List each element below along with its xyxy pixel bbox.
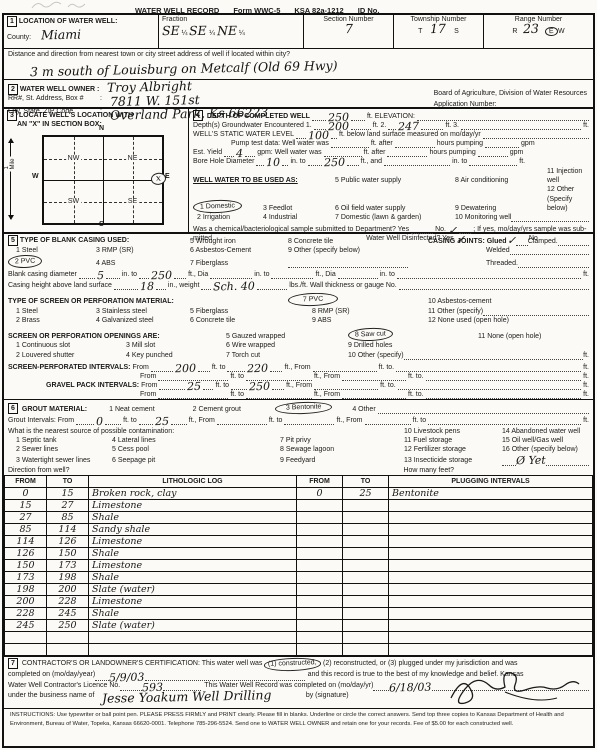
grout-option: 4 Other (352, 406, 375, 414)
contamination-question: What is the nearest source of possible c… (8, 427, 404, 436)
one-mile-label: 1 Mile (4, 157, 16, 172)
casing-option: 1 Steel (8, 246, 96, 255)
water-well-record-form: WATER WELL RECORD Form WWC-5 KSA 82a-121… (0, 0, 597, 750)
log-header: TO (343, 475, 389, 487)
screen-interval-from: 200 (175, 363, 196, 374)
log-row: 015Broken rock, clay025Bentonite (5, 487, 593, 499)
plugging-cell (389, 499, 593, 511)
section-number-cell: Section Number 7 (304, 15, 394, 48)
plugging-cell (389, 631, 593, 643)
plugging-cell (389, 511, 593, 523)
log-row: 85114Sandy shale (5, 523, 593, 535)
dash-v1 (74, 137, 75, 223)
use-option: 8 Air conditioning (455, 176, 547, 185)
board-label: Board of Agriculture, Division of Water … (434, 89, 587, 100)
contamination-option: 4 Lateral lines (112, 436, 280, 445)
ft-label: ft. (583, 391, 589, 399)
pencil-scribble (28, 0, 98, 12)
casing-pvc-circled: 2 PVC (8, 255, 43, 269)
log-table-body: 015Broken rock, clay025Bentonite1527Lime… (5, 487, 593, 655)
contamination-option: 6 Seepage pit (112, 456, 280, 465)
dia-label: ft., Dia (188, 271, 208, 279)
litho-cell: 198 (47, 571, 89, 583)
yield-label: Est. Yield (193, 149, 222, 157)
log-header: TO (47, 475, 89, 487)
gravel-intervals-label: GRAVEL PACK INTERVALS: (46, 382, 139, 390)
section-box-diagram: NW NE SW SE x (42, 135, 164, 225)
dash-v2 (133, 137, 134, 223)
litho-cell: 15 (5, 499, 47, 511)
in-to: in. to (380, 271, 395, 279)
constructed-circled: (1) constructed, (264, 657, 321, 671)
casing-option: 4 ABS (96, 259, 190, 268)
log-header: FROM (5, 475, 47, 487)
welded-label: Welded (486, 246, 510, 255)
litho-cell: 27 (47, 499, 89, 511)
plugging-cell (343, 535, 389, 547)
use-option: 11 Injection well (547, 167, 589, 185)
plugging-cell (389, 571, 593, 583)
plugging-cell (343, 571, 389, 583)
in-to: in. to (452, 158, 467, 166)
log-row: 200228Limestone (5, 595, 593, 607)
saw-cut-circled: 8 Saw cut (348, 327, 393, 342)
bore-depth-value: 250 (324, 157, 345, 168)
log-row: 114126Limestone (5, 535, 593, 547)
static-level-label: WELL'S STATIC WATER LEVEL (193, 131, 294, 139)
in-to: in. to (254, 271, 269, 279)
groundwater-label: Depth(s) Groundwater Encountered (193, 122, 304, 130)
gpm-label: gpm (510, 149, 524, 157)
plugging-cell (297, 619, 343, 631)
litho-cell: Slate (water) (89, 583, 297, 595)
clamped-label: Clamped. (528, 237, 558, 246)
screen-option: 6 Concrete tile (190, 316, 288, 325)
plugging-cell (297, 559, 343, 571)
plugging-cell (297, 595, 343, 607)
litho-cell: 173 (47, 559, 89, 571)
certification-section: 7 CONTRACTOR'S OR LANDOWNER'S CERTIFICAT… (4, 657, 593, 709)
litho-cell: 126 (5, 547, 47, 559)
contamination-option: 5 Cess pool (112, 445, 280, 454)
casing-option: 8 Concrete tile (288, 237, 428, 246)
ft-label: ft. (583, 382, 589, 390)
ft-to: ft. to (269, 417, 283, 425)
plugging-cell (343, 499, 389, 511)
contamination-option: 12 Fertilizer storage (404, 445, 502, 454)
county-label: County: (7, 34, 31, 41)
casing-joints-label: CASING JOINTS: Glued (428, 237, 507, 246)
opening-option: 11 None (open hole) (464, 332, 589, 341)
casing-option: 9 Other (specify below) (288, 246, 428, 255)
locate-title-2: AN "X" IN SECTION BOX: (7, 121, 185, 128)
litho-cell: 200 (47, 583, 89, 595)
litho-cell: 245 (47, 607, 89, 619)
plugging-cell (389, 643, 593, 655)
casing-depth-value: 250 (151, 270, 172, 281)
ft-to: ft. to. (408, 373, 424, 381)
ft-from: ft., From (284, 364, 310, 372)
contamination-option: 13 Insecticide storage (404, 456, 502, 465)
quadrant-sw: SW (66, 198, 81, 205)
in-to: in. to (122, 271, 137, 279)
groundwater-1-value: 200 (328, 121, 349, 132)
litho-cell: Shale (89, 607, 297, 619)
litho-cell: 228 (47, 595, 89, 607)
plugging-cell (389, 607, 593, 619)
bore-and: ft., and (361, 158, 382, 166)
plugging-cell (343, 583, 389, 595)
litho-cell: Limestone (89, 595, 297, 607)
business-name-value: Jesse Yoakum Well Drilling (102, 689, 272, 705)
record-date-value: 6/18/03 (389, 682, 432, 694)
screen-option: 10 Asbestos-cement (428, 297, 589, 306)
ft-label: ft. (583, 364, 589, 372)
log-row: 173198Shale (5, 571, 593, 583)
county-value: Miami (41, 29, 81, 42)
static-level-value: 100 (308, 130, 329, 141)
use-option: 12 Other (Specify below) (547, 185, 589, 213)
instructions-line-2: Environment, Bureau of Water, Topeka, Ka… (10, 720, 587, 729)
plugging-cell (297, 499, 343, 511)
litho-cell (47, 643, 89, 655)
use-domestic-circled: 1 Domestic (193, 199, 242, 214)
after-label: ft. after (364, 149, 386, 157)
ft-from: ft., From (336, 417, 362, 425)
after-label: ft. after (371, 140, 393, 148)
screen-material-title: TYPE OF SCREEN OR PERFORATION MATERIAL: (8, 297, 288, 306)
bore-diameter-value: 10 (266, 157, 280, 168)
contamination-option: 7 Pit privy (280, 436, 404, 445)
litho-cell: 0 (5, 487, 47, 499)
weight-value: Sch. 40 (213, 281, 255, 293)
plugging-cell: 0 (297, 487, 343, 499)
screen-option: 2 Brass (8, 316, 96, 325)
distance-row: Distance and direction from nearest town… (4, 49, 593, 80)
log-row: 198200Slate (water) (5, 583, 593, 595)
section-1-number: 1 (7, 16, 17, 27)
distance-value: 3 m south of Louisburg on Metcalf (Old 6… (30, 60, 338, 79)
log-row: 150173Limestone (5, 559, 593, 571)
screen-option: 4 Galvanized steel (96, 316, 190, 325)
litho-cell: Sandy shale (89, 523, 297, 535)
plugging-cell (343, 607, 389, 619)
plugging-cell (297, 643, 343, 655)
opening-option: 3 Mill slot (108, 341, 226, 350)
location-title: LOCATION OF WATER WELL: (19, 18, 118, 25)
dir-north: N (99, 125, 104, 132)
opening-option: 7 Torch cut (226, 351, 348, 360)
owner-title: WATER WELL OWNER : (20, 86, 99, 93)
township-value: 17 (430, 23, 446, 36)
screen-option: 3 Stainless steel (96, 307, 190, 316)
threaded-label: Threaded. (486, 259, 518, 268)
use-option: 9 Dewatering (455, 204, 547, 213)
lithologic-log: FROM TO LITHOLOGIC LOG FROM TO PLUGGING … (4, 475, 593, 657)
fraction-3: NE (217, 25, 237, 38)
plugging-cell (297, 631, 343, 643)
completed-date-value: 5/9/03 (109, 671, 145, 683)
ft-to: ft. to (230, 391, 244, 399)
fraction-cell: Fraction SE ¼ SE ¼ NE ¼ (159, 15, 304, 48)
litho-cell: Broken rock, clay (89, 487, 297, 499)
log-row: 2785Shale (5, 511, 593, 523)
ft-from: ft., From (286, 382, 312, 390)
quadrant-ne: NE (126, 155, 140, 162)
depth-panel: 4 DEPTH OF COMPLETED WELL 250 ft. ELEVAT… (189, 109, 593, 232)
litho-cell: Slate (water) (89, 619, 297, 631)
plugging-cell (389, 547, 593, 559)
certification-text-1: CONTRACTOR'S OR LANDOWNER'S CERTIFICATIO… (22, 660, 263, 667)
gw3: ft. 3. (445, 122, 459, 130)
ft-label: ft. (583, 351, 589, 360)
locate-title-1: LOCATE WELL'S LOCATION WITH (19, 112, 133, 119)
ft-to: ft. to (413, 417, 427, 425)
log-row: 1527Limestone (5, 499, 593, 511)
bentonite-circled: 3 Bentonite (275, 401, 333, 415)
quarter-glyph: ¼ (182, 30, 188, 37)
use-option: 5 Public water supply (335, 176, 455, 185)
plugging-cell (343, 511, 389, 523)
ft-to: ft. to (215, 382, 229, 390)
use-title: WELL WATER TO BE USED AS: (193, 176, 335, 185)
board-column: Board of Agriculture, Division of Water … (434, 89, 587, 110)
use-option: 3 Feedlot (263, 204, 335, 213)
plugging-cell (343, 619, 389, 631)
signature (445, 672, 585, 706)
hours-label: hours pumping (437, 140, 483, 148)
litho-cell: 150 (5, 559, 47, 571)
grout-option: 1 Neat cement (109, 406, 155, 414)
plugging-cell (389, 595, 593, 607)
dash-h1 (44, 159, 162, 160)
litho-cell: Limestone (89, 559, 297, 571)
ft-from: ft., From (314, 391, 340, 399)
groundwater-2-value: 247 (398, 121, 419, 132)
opening-option: 6 Wire wrapped (226, 341, 348, 350)
gpm-label: gpm (521, 140, 535, 148)
ft-label: ft. (583, 417, 589, 425)
disinfected-yes-check: ✓ (455, 234, 464, 245)
litho-cell (89, 631, 297, 643)
in-to: in. to (290, 158, 305, 166)
colon: : (100, 95, 102, 108)
litho-cell: 150 (47, 547, 89, 559)
range-east-circled: E (545, 27, 558, 36)
log-row (5, 631, 593, 643)
weight-label: in., weight (168, 282, 200, 290)
licence-label: Water Well Contractor's Licence No. (8, 681, 120, 692)
casing-diameter-value: 5 (97, 270, 104, 281)
bore-label: Bore Hole Diameter (193, 158, 254, 166)
township-t: T (418, 28, 422, 35)
opening-option: 9 Drilled holes (348, 341, 589, 350)
sample-end: ; If yes, mo/day/yrs sample was sub- (473, 226, 586, 234)
ft-to: ft. to (230, 373, 244, 381)
grout-title: GROUT MATERIAL: (22, 406, 87, 414)
litho-cell: Limestone (89, 499, 297, 511)
casing-option: 5 Wrought iron (190, 237, 288, 246)
litho-cell: 200 (5, 595, 47, 607)
contamination-option: 10 Livestock pens (404, 427, 502, 436)
log-row: 126150Shale (5, 547, 593, 559)
grout-section: 6 GROUT MATERIAL: 1 Neat cement 2 Cement… (4, 400, 593, 475)
instructions-line-1: INSTRUCTIONS: Use typewriter or ball poi… (10, 711, 587, 720)
contamination-option: 3 Watertight sewer lines (8, 456, 112, 465)
glued-check: ✓ (506, 235, 515, 246)
contamination-option: 8 Sewage lagoon (280, 445, 404, 454)
certification-text-2: (2) reconstructed, or (3) plugged under … (323, 660, 518, 667)
litho-cell: 245 (5, 619, 47, 631)
plugging-cell (343, 595, 389, 607)
litho-cell (47, 631, 89, 643)
plugging-cell (297, 511, 343, 523)
township-s: S (454, 28, 459, 35)
section-number-value: 7 (344, 23, 352, 36)
litho-cell: 85 (47, 511, 89, 523)
gw2: ft. 2. (373, 122, 387, 130)
casing-option: 3 RMP (SR) (96, 246, 190, 255)
section-6-number: 6 (8, 403, 18, 414)
plugging-cell (297, 583, 343, 595)
quadrant-se: SE (126, 198, 139, 205)
opening-option: 5 Gauzed wrapped (226, 332, 348, 341)
screen-option: 1 Steel (8, 307, 96, 316)
plugging-cell (297, 535, 343, 547)
center-horizontal-line (44, 180, 162, 181)
plugging-cell: Bentonite (389, 487, 593, 499)
log-row: 245250Slate (water) (5, 619, 593, 631)
section-2-number: 2 (8, 84, 18, 95)
plugging-cell (297, 523, 343, 535)
casing-section: 5TYPE OF BLANK CASING USED: 5 Wrought ir… (4, 234, 593, 400)
gravel-interval-to: 250 (249, 381, 270, 392)
litho-cell: Limestone (89, 535, 297, 547)
well-x-mark: x (150, 172, 167, 186)
direction-label: Direction from well? (8, 467, 69, 475)
section-5-number: 5 (8, 235, 18, 246)
litho-cell: 85 (5, 523, 47, 535)
range-r: R (512, 28, 517, 35)
casing-height-end: lbs./ft. Wall thickness or gauge No. (289, 282, 397, 290)
litho-cell: 27 (5, 511, 47, 523)
screen-interval-to: 220 (247, 363, 268, 374)
log-header: LITHOLOGIC LOG (89, 475, 297, 487)
section-3-number: 3 (7, 110, 17, 121)
screen-option: 8 RMP (SR) (288, 307, 428, 316)
litho-cell: 228 (5, 607, 47, 619)
from-label: From (141, 382, 157, 390)
contamination-option: 11 Fuel storage (404, 436, 502, 445)
yield-value: 4 (236, 148, 243, 159)
opening-option: 2 Louvered shutter (8, 351, 108, 360)
location-row: 1LOCATION OF WATER WELL: County: Miami F… (4, 15, 593, 49)
use-option: 2 Irrigation (193, 213, 263, 222)
address-label: RR#, St. Address, Box # (8, 95, 100, 108)
plugging-cell (389, 559, 593, 571)
litho-cell: 173 (5, 571, 47, 583)
litho-cell: Shale (89, 547, 297, 559)
fraction-2: SE (189, 25, 207, 38)
contamination-option: 15 Oil well/Gas well (502, 436, 589, 445)
casing-title: TYPE OF BLANK CASING USED: (20, 237, 129, 244)
plugging-cell (389, 619, 593, 631)
ft-from: ft., From (189, 417, 215, 425)
plugging-cell (343, 523, 389, 535)
log-row (5, 643, 593, 655)
instructions: INSTRUCTIONS: Use typewriter or ball poi… (4, 709, 593, 731)
litho-cell (89, 643, 297, 655)
screen-intervals-label: SCREEN-PERFORATED INTERVALS: (8, 364, 131, 372)
plugging-cell (343, 631, 389, 643)
litho-cell (5, 631, 47, 643)
ft-to: ft. to. (379, 364, 395, 372)
mid-block: 3LOCATE WELL'S LOCATION WITH AN "X" IN S… (4, 109, 593, 234)
litho-cell (5, 643, 47, 655)
litho-cell: 15 (47, 487, 89, 499)
sample-no: No. (435, 226, 446, 234)
quadrant-nw: NW (66, 155, 82, 162)
dir-west: W (32, 173, 39, 180)
casing-height-label: Casing height above land surface (8, 282, 112, 290)
ft-label: ft. (519, 158, 525, 166)
plugging-cell (389, 583, 593, 595)
location-cell: 1LOCATION OF WATER WELL: County: Miami (4, 15, 159, 48)
ft-to: ft. to (123, 417, 137, 425)
plugging-cell (343, 547, 389, 559)
contamination-option: 9 Feedyard (280, 456, 404, 465)
plugging-cell: 25 (343, 487, 389, 499)
litho-cell: Shale (89, 511, 297, 523)
from-label: From (133, 364, 149, 372)
quarter-glyph: ¼ (239, 30, 245, 37)
use-option: 10 Monitoring well (455, 213, 511, 222)
screen-pvc-circled: 7 PVC (288, 293, 339, 308)
screen-option: 12 None used (open hole) (428, 316, 589, 325)
opening-option: 1 Continuous slot (8, 341, 108, 350)
range-cell: Range Number R 23 EW (484, 15, 593, 48)
grout-option: 2 Cement grout (193, 406, 241, 414)
application-number-label: Application Number: (434, 100, 587, 111)
grout-intervals-label: Grout Intervals: From (8, 417, 74, 425)
gravel-interval-from: 25 (187, 381, 201, 392)
plugging-cell (389, 523, 593, 535)
casing-height-value: 18 (140, 281, 154, 292)
quarter-glyph: ¼ (209, 30, 215, 37)
contamination-option: 2 Sewer lines (8, 445, 112, 454)
screen-option: 5 Fiberglass (190, 307, 288, 316)
form-body: 1LOCATION OF WATER WELL: County: Miami F… (2, 13, 595, 748)
signature-label: by (signature) (306, 691, 349, 702)
use-option: 7 Domestic (lawn & garden) (335, 213, 455, 222)
contamination-option: 1 Septic tank (8, 436, 112, 445)
how-many-feet-label: How many feet? (403, 467, 454, 475)
gw3-end: ft. (583, 122, 589, 130)
plugging-cell (297, 547, 343, 559)
litho-cell: 126 (47, 535, 89, 547)
screen-option: 11 Other (specify) (428, 307, 483, 316)
from-label: From (140, 391, 156, 399)
casing-diameter-label: Blank casing diameter (8, 271, 77, 279)
litho-cell: 114 (47, 523, 89, 535)
opening-option: 10 Other (specify) (348, 351, 404, 360)
plugging-cell (389, 535, 593, 547)
ft-to: ft. to. (380, 382, 396, 390)
from-label: From (140, 373, 156, 381)
contamination-option: 14 Abandoned water well (502, 427, 589, 436)
owner-section: 2WATER WELL OWNER : Troy Albright RR#, S… (4, 80, 593, 109)
sample-question: Was a chemical/bacteriological sample su… (193, 226, 409, 234)
